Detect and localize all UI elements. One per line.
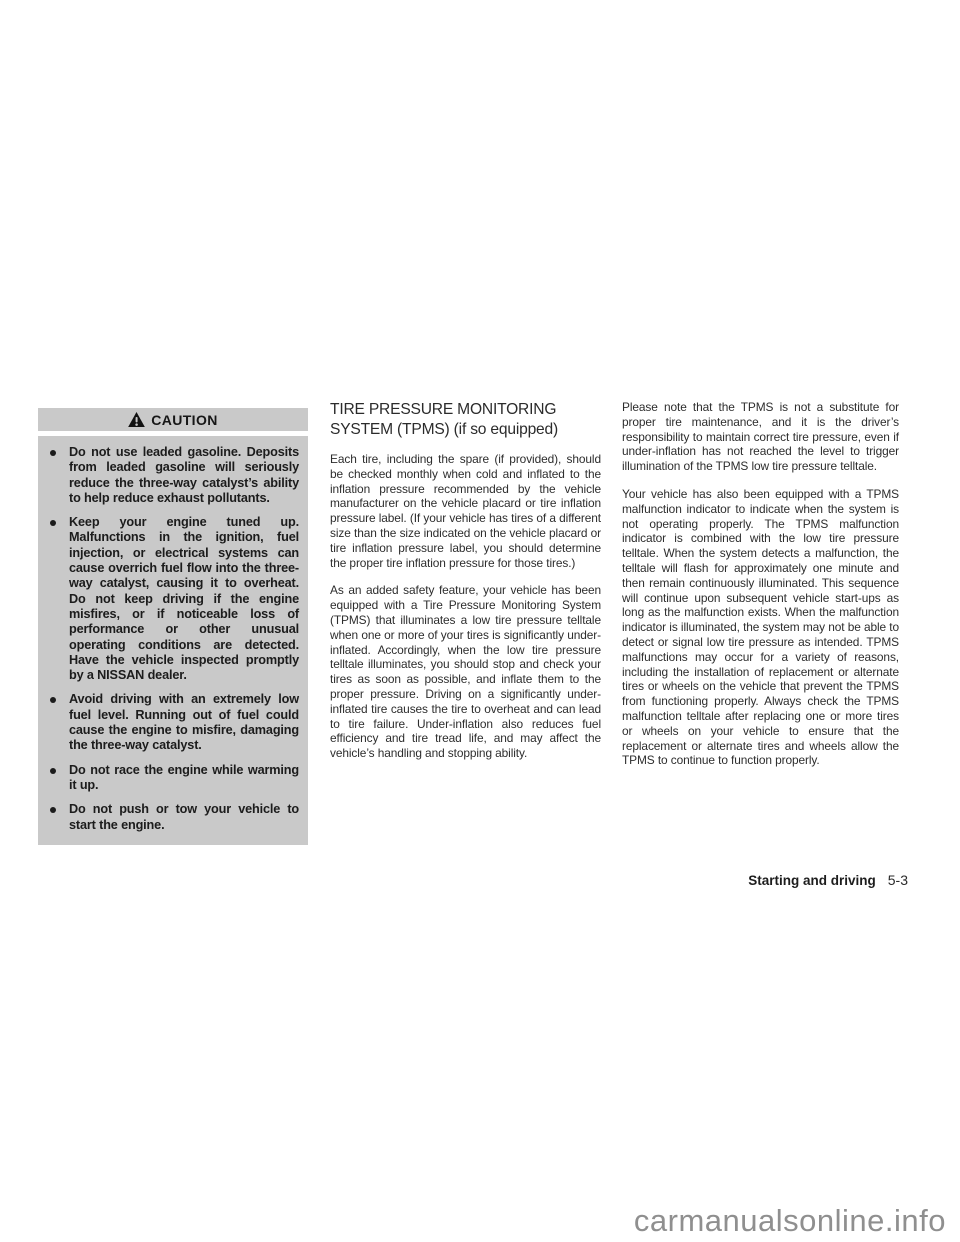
warning-triangle-icon	[128, 412, 145, 427]
article-heading: TIRE PRESSURE MONITORING SYSTEM (TPMS) (…	[330, 400, 601, 439]
manual-page: CAUTION Do not use leaded gasoline. Depo…	[0, 0, 960, 1242]
page-footer: Starting and driving5-3	[748, 872, 908, 890]
caution-title: CAUTION	[151, 412, 218, 428]
footer-section-title: Starting and driving	[748, 873, 876, 888]
article-column-right: Please note that the TPMS is not a subst…	[622, 400, 899, 768]
caution-list: Do not use leaded gasoline. Deposits fro…	[48, 445, 299, 833]
caution-bullet-item: Do not push or tow your vehicle to start…	[48, 802, 299, 833]
article-heading-line-2: SYSTEM (TPMS) (if so equipped)	[330, 421, 558, 438]
caution-bullet-item: Avoid driving with an extremely low fuel…	[48, 692, 299, 753]
body-paragraph: Please note that the TPMS is not a subst…	[622, 400, 899, 474]
article-heading-line-1: TIRE PRESSURE MONITORING	[330, 401, 556, 418]
caution-box: CAUTION Do not use leaded gasoline. Depo…	[38, 408, 308, 845]
article-column-middle: TIRE PRESSURE MONITORING SYSTEM (TPMS) (…	[330, 400, 601, 761]
body-paragraph: Each tire, including the spare (if provi…	[330, 452, 601, 570]
caution-bullet-item: Do not race the engine while warming it …	[48, 763, 299, 794]
watermark-text: carmanualsonline.info	[634, 1203, 946, 1239]
body-paragraph: As an added safety feature, your vehicle…	[330, 583, 601, 761]
caution-bullet-item: Keep your engine tuned up. Malfunctions …	[48, 515, 299, 683]
footer-page-number: 5-3	[888, 872, 908, 888]
body-paragraph: Your vehicle has also been equipped with…	[622, 487, 899, 768]
caution-header: CAUTION	[38, 408, 308, 431]
caution-body: Do not use leaded gasoline. Deposits fro…	[38, 436, 308, 845]
caution-bullet-item: Do not use leaded gasoline. Deposits fro…	[48, 445, 299, 506]
